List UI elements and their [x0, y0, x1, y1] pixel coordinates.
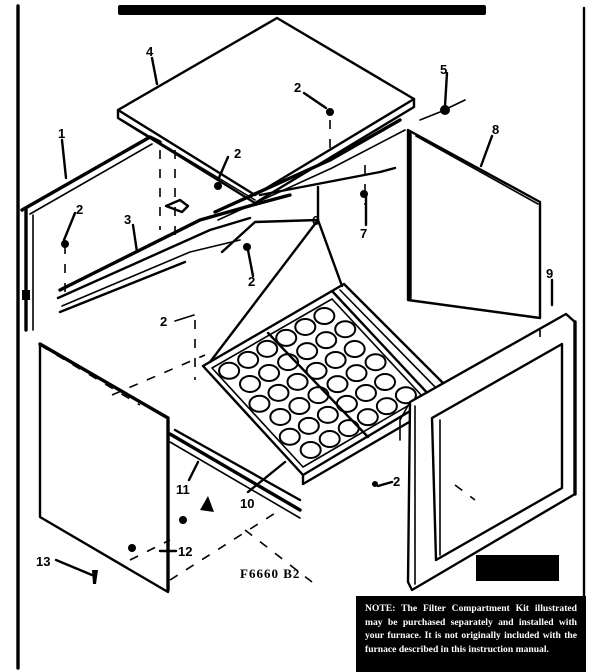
callout-11: 11 — [176, 482, 190, 497]
callout-13: 13 — [36, 554, 50, 569]
callout-4: 4 — [146, 44, 154, 59]
callout-2-mid-left: 2 — [160, 314, 167, 329]
front-door-frame — [400, 314, 575, 590]
note-box: NOTE: The Filter Compartment Kit illustr… — [356, 596, 586, 672]
top-panel — [118, 18, 414, 203]
callout-2-left: 2 — [76, 202, 83, 217]
callout-7: 7 — [360, 226, 367, 241]
callout-6: 6 — [312, 213, 319, 228]
callout-2-top: 2 — [294, 80, 301, 95]
callout-2-center: 2 — [248, 274, 255, 289]
callout-5: 5 — [440, 62, 447, 77]
left-side-frame — [22, 137, 160, 330]
left-front-panel — [40, 344, 168, 592]
callout-2-right: 2 — [393, 474, 400, 489]
callout-10: 10 — [240, 496, 254, 511]
callout-3: 3 — [124, 212, 131, 227]
right-side-panel — [408, 130, 540, 318]
callout-12: 12 — [178, 544, 192, 559]
callout-9: 9 — [546, 266, 553, 281]
callout-1: 1 — [58, 126, 65, 141]
callout-8: 8 — [492, 122, 499, 137]
label-plate — [476, 555, 559, 581]
figure-reference: F6660 B2 — [240, 566, 300, 581]
callout-2-upper-left: 2 — [234, 146, 241, 161]
